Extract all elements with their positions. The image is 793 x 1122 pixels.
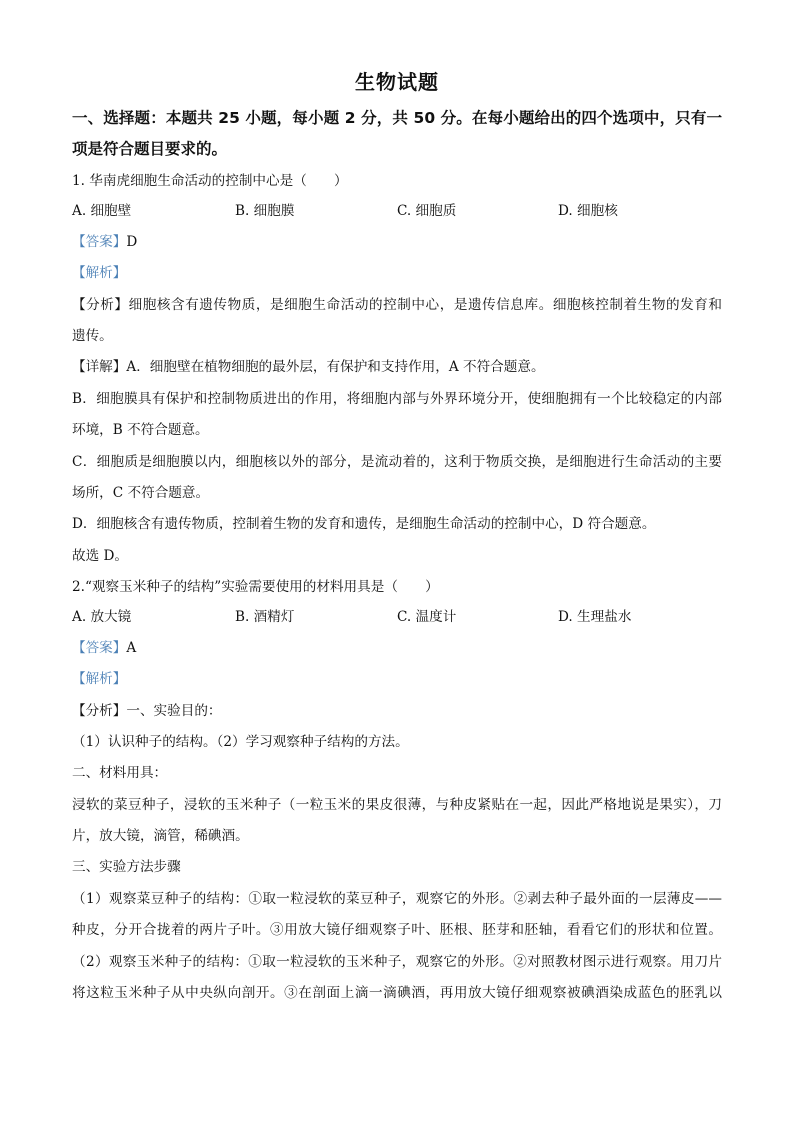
option-a: A. 细胞壁	[72, 201, 131, 221]
explanation-line: （2）观察玉米种子的结构：①取一粒浸软的玉米种子，观察它的外形。②对照教材图示进…	[72, 952, 722, 972]
answer-label: 【答案】	[72, 234, 126, 250]
answer-value: A	[126, 640, 136, 656]
question-2-answer: 【答案】A	[72, 638, 136, 658]
option-d: D. 生理盐水	[558, 607, 631, 627]
explanation-line: 种皮，分开合拢着的两片子叶。③用放大镜仔细观察子叶、胚根、胚芽和胚轴，看看它们的…	[72, 920, 722, 940]
section-heading-line-2: 项是符合题目要求的。	[72, 139, 227, 159]
explanation-line: 二、材料用具：	[72, 763, 167, 783]
option-c: C. 细胞质	[397, 201, 456, 221]
option-c: C. 温度计	[397, 607, 456, 627]
explanation-line: 场所，C 不符合题意。	[72, 483, 209, 503]
explanation-line: 【分析】细胞核含有遗传物质，是细胞生命活动的控制中心，是遗传信息库。细胞核控制着…	[72, 295, 722, 315]
analysis-label: 【解析】	[72, 669, 126, 689]
explanation-line: 浸软的菜豆种子，浸软的玉米种子（一粒玉米的果皮很薄，与种皮紧贴在一起，因此严格地…	[72, 795, 722, 815]
explanation-line: B．细胞膜具有保护和控制物质进出的作用，将细胞内部与外界环境分开，使细胞拥有一个…	[72, 389, 722, 409]
explanation-line: 遗传。	[72, 326, 113, 346]
question-1-stem: 1. 华南虎细胞生命活动的控制中心是（ ）	[72, 171, 348, 191]
analysis-label: 【解析】	[72, 263, 126, 283]
page-title: 生物试题	[72, 66, 722, 95]
option-b: B. 细胞膜	[235, 201, 294, 221]
explanation-line: 【分析】一、实验目的：	[72, 701, 222, 721]
explanation-line: C．细胞质是细胞膜以内，细胞核以外的部分，是流动着的，这利于物质交换，是细胞进行…	[72, 452, 722, 472]
section-heading-line-1: 一、选择题：本题共 25 小题，每小题 2 分，共 50 分。在每小题给出的四个…	[72, 108, 722, 128]
question-1-answer: 【答案】D	[72, 232, 137, 252]
answer-value: D	[126, 234, 137, 250]
explanation-line: 故选 D。	[72, 546, 128, 566]
option-a: A. 放大镜	[72, 607, 131, 627]
explanation-line: （1）观察菜豆种子的结构：①取一粒浸软的菜豆种子，观察它的外形。②剥去种子最外面…	[72, 889, 722, 909]
option-b: B. 酒精灯	[235, 607, 294, 627]
explanation-line: D．细胞核含有遗传物质，控制着生物的发育和遗传，是细胞生命活动的控制中心，D 符…	[72, 514, 655, 534]
question-2-stem: 2.“观察玉米种子的结构”实验需要使用的材料用具是（ ）	[72, 577, 439, 597]
answer-label: 【答案】	[72, 640, 126, 656]
explanation-line: 【详解】A．细胞壁在植物细胞的最外层，有保护和支持作用，A 不符合题意。	[72, 357, 545, 377]
explanation-line: 环境，B 不符合题意。	[72, 420, 209, 440]
explanation-line: （1）认识种子的结构。（2）学习观察种子结构的方法。	[72, 732, 409, 752]
explanation-line: 三、实验方法步骤	[72, 857, 181, 877]
explanation-line: 片，放大镜，滴管，稀碘酒。	[72, 826, 249, 846]
option-d: D. 细胞核	[558, 201, 618, 221]
explanation-line: 将这粒玉米种子从中央纵向剖开。③在剖面上滴一滴碘酒，再用放大镜仔细观察被碘酒染成…	[72, 983, 722, 1003]
